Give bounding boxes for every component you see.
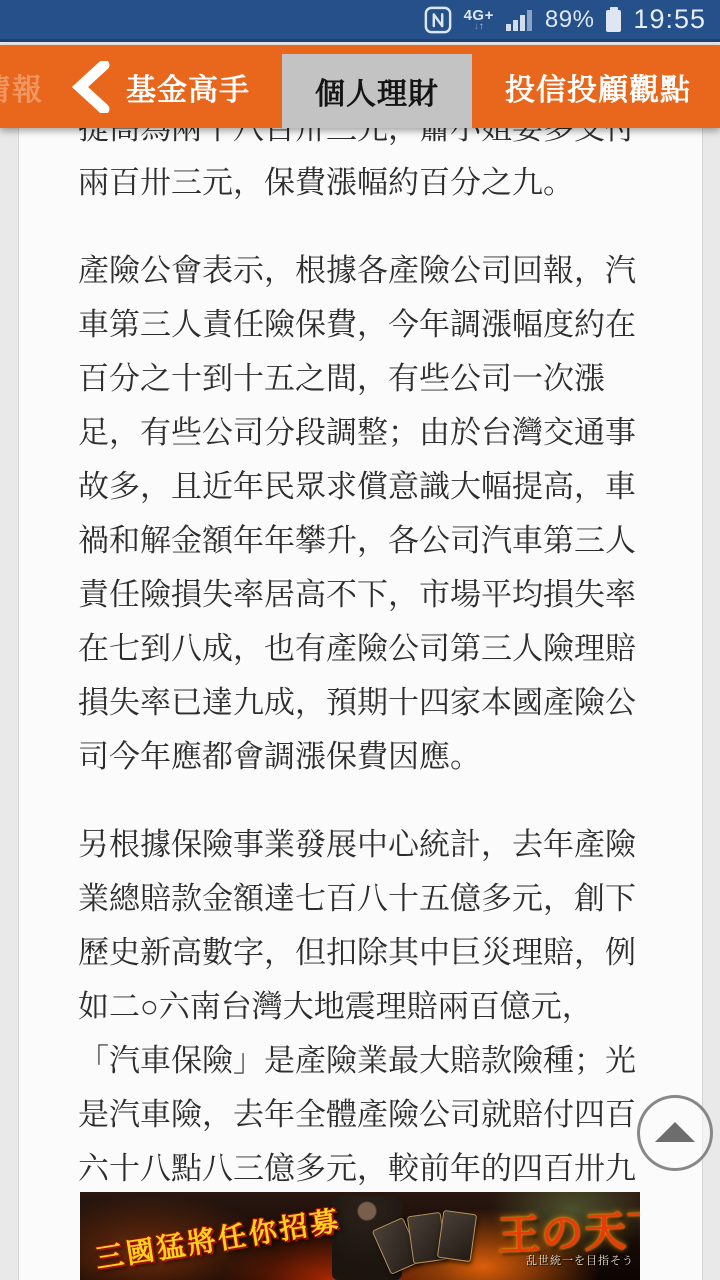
network-type-indicator: 4G+ ↓↑ [464,8,494,32]
signal-strength-icon [506,8,533,31]
ad-tagline-text: 乱世統一を目指そう [526,1252,634,1268]
tab-label: 投信投顧觀點 [505,65,691,109]
tab-label: 個人理財 [315,69,439,113]
arrow-up-icon [655,1122,695,1142]
clock-label: 19:55 [633,4,706,35]
tab-investment-advisor-views[interactable]: 投信投顧觀點 [510,45,686,128]
status-bar: 4G+ ↓↑ 89% 19:55 [0,0,720,42]
tab-label: 基金高手 [126,65,250,109]
tab-fund-experts[interactable]: 基金高手 [108,45,268,128]
nfc-icon [424,6,452,34]
ad-banner[interactable]: 三國猛將任你招募 王の天下 乱世統一を目指そう [80,1192,640,1280]
article-paragraph: 產險公會表示，根據各產險公司回報，汽 車第三人責任險保費，今年調漲幅度約在 百分… [78,244,648,784]
tab-navigation-bar: 情報 基金高手 個人理財 投信投顧觀點 [0,45,720,128]
scroll-to-top-button[interactable] [637,1095,713,1171]
article-card: 提高為兩千八百卅三元，蕭小姐要多支付 兩百卅三元，保費漲幅約百分之九。 產險公會… [18,128,703,1280]
tab-personal-finance-selected[interactable]: 個人理財 [282,54,472,128]
article-paragraph: 另根據保險事業發展中心統計，去年產險 業總賠款金額達七百八十五億多元，創下 歷史… [78,818,648,1196]
article-text: 提高為兩千八百卅三元，蕭小姐要多支付 兩百卅三元，保費漲幅約百分之九。 產險公會… [78,128,648,1196]
ad-card-image [437,1210,477,1262]
battery-icon [606,10,621,32]
article-paragraph: 提高為兩千八百卅三元，蕭小姐要多支付 兩百卅三元，保費漲幅約百分之九。 [78,128,648,210]
ad-slogan-text: 三國猛將任你招募 [92,1199,343,1277]
partial-offscreen-tab-label: 情報 [0,65,44,109]
phone-screen: 4G+ ↓↑ 89% 19:55 情報 基金高手 個人理財 [0,0,720,1280]
article-scroll-area[interactable]: 提高為兩千八百卅三元，蕭小姐要多支付 兩百卅三元，保費漲幅約百分之九。 產險公會… [0,128,720,1280]
data-arrows-icon: ↓↑ [474,22,484,32]
battery-percent-label: 89% [545,6,595,34]
